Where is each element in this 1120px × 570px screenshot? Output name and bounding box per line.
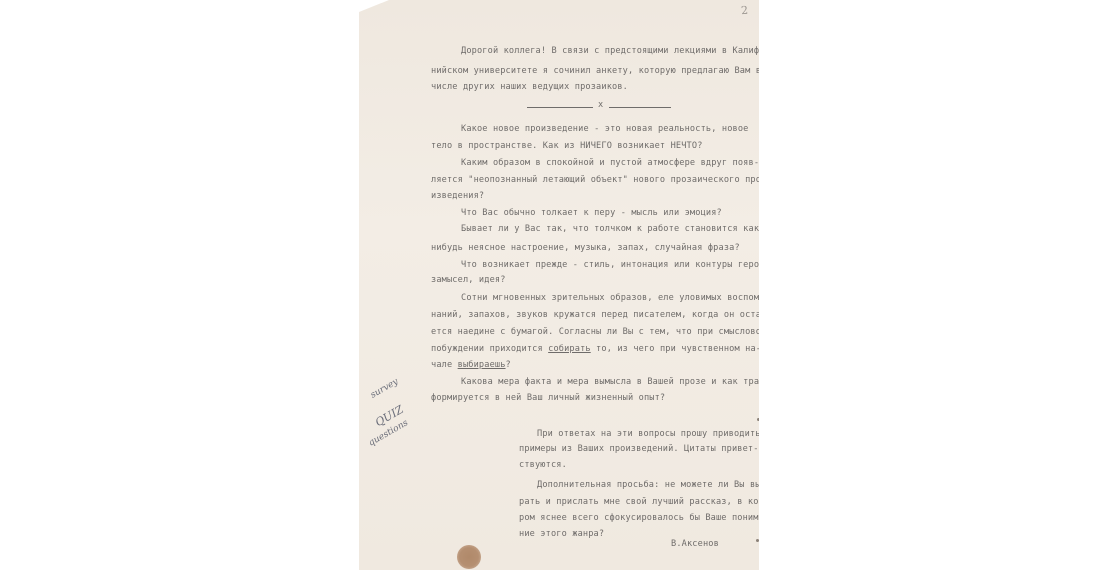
intro-line: числе других наших ведущих прозаиков. — [431, 79, 628, 96]
question-line: Что Вас обычно толкает к перу - мысль ил… — [461, 205, 722, 222]
question-line: ется наедине с бумагой. Согласны ли Вы с… — [431, 324, 759, 341]
question-line: чале выбираешь? — [431, 357, 511, 374]
underlined-word: выбираешь — [458, 360, 506, 370]
question-line: тело в пространстве. Как из НИЧЕГО возни… — [431, 138, 703, 155]
question-line: формируется в ней Ваш личный жизненный о… — [431, 390, 665, 407]
request-line: Дополнительная просьба: не можете ли Вы … — [537, 477, 759, 494]
question-line: Какова мера факта и мера вымысла в Вашей… — [461, 374, 759, 391]
separator-line-left — [527, 107, 593, 108]
separator-mark: x — [598, 97, 603, 114]
intro-line: нийском университете я сочинил анкету, к… — [431, 63, 759, 80]
text-run: чале — [431, 360, 458, 370]
question-line: изведения? — [431, 188, 484, 205]
text-run: ? — [506, 360, 511, 370]
question-line: Бывает ли у Вас так, что толчком к работ… — [461, 221, 759, 238]
document-page: 2 Дорогой коллега! В связи с предстоящим… — [359, 0, 759, 570]
signature: В.Аксенов — [671, 536, 719, 553]
question-line: замысел, идея? — [431, 272, 506, 289]
text-run: побуждении приходится — [431, 344, 548, 354]
question-line: Что возникает прежде - стиль, интонация … — [461, 257, 759, 274]
question-line: ляется "неопознанный летающий объект" но… — [431, 172, 759, 189]
question-line: наний, запахов, звуков кружатся перед пи… — [431, 307, 759, 324]
request-line: ром яснее всего сфокусировалось бы Ваше … — [519, 510, 759, 527]
request-line: примеры из Ваших произведений. Цитаты пр… — [519, 441, 759, 458]
request-line: ние этого жанра? — [519, 526, 604, 543]
margin-note-survey: survey — [369, 377, 400, 401]
question-line: нибудь неясное настроение, музыка, запах… — [431, 240, 740, 257]
text-run: то, из чего при чувственном на- — [591, 344, 759, 354]
page-number: 2 — [740, 4, 748, 18]
separator-line-right — [609, 107, 671, 108]
paper-stain — [457, 545, 481, 569]
question-line: Какое новое произведение - это новая реа… — [461, 121, 749, 138]
question-line: Каким образом в спокойной и пустой атмос… — [461, 155, 759, 172]
request-line: ствуются. — [519, 457, 567, 474]
request-line: рать и прислать мне свой лучший рассказ,… — [519, 494, 759, 511]
question-line: побуждении приходится собирать то, из че… — [431, 341, 759, 358]
underlined-word: собирать — [548, 344, 591, 354]
intro-line: Дорогой коллега! В связи с предстоящими … — [461, 43, 759, 60]
paper-speck — [757, 418, 759, 421]
folded-corner — [359, 0, 389, 12]
question-line: Сотни мгновенных зрительных образов, еле… — [461, 290, 759, 307]
paper-speck — [756, 539, 759, 542]
